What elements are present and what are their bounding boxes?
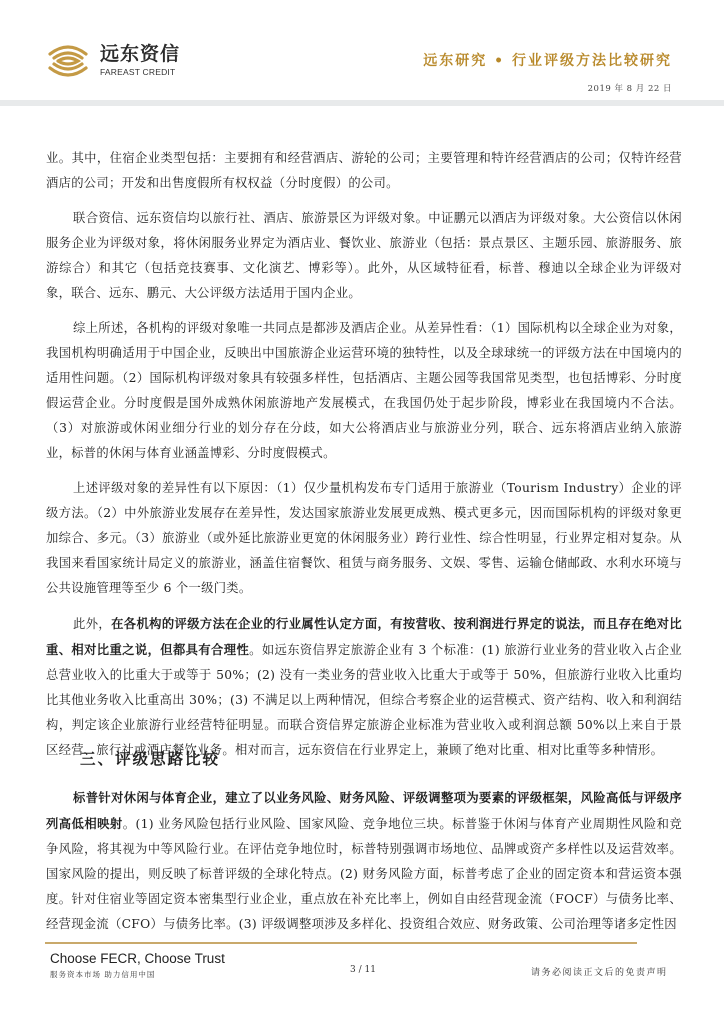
paragraph-4: 上述评级对象的差异性有以下原因：（1）仅少量机构发布专门适用于旅游业（Touri… <box>46 476 682 601</box>
report-date: 2019 年 8 月 22 日 <box>588 82 672 94</box>
paragraph-1: 业。其中，住宿企业类型包括：主要拥有和经营酒店、游轮的公司；主要管理和特许经营酒… <box>46 146 682 196</box>
paragraph-6-text: 。(1) 业务风险包括行业风险、国家风险、竞争地位三块。标普鉴于休闲与体育产业周… <box>46 817 682 931</box>
page-number: 3 / 11 <box>350 965 376 975</box>
document-body-section-3: 标普针对休闲与体育企业，建立了以业务风险、财务风险、评级调整项为要素的评级框架，… <box>46 785 682 937</box>
report-title: 远东研究 • 行业评级方法比较研究 <box>423 50 672 70</box>
paragraph-6: 标普针对休闲与体育企业，建立了以业务风险、财务风险、评级调整项为要素的评级框架，… <box>46 785 682 937</box>
footer-divider <box>45 942 637 944</box>
paragraph-5-lead: 此外， <box>73 617 111 631</box>
footer-tagline: 服务资本市场 助力信用中国 <box>50 969 155 980</box>
footer-slogan: Choose FECR, Choose Trust <box>50 951 225 966</box>
page-header: 远东资信 FAREAST CREDIT 远东研究 • 行业评级方法比较研究 20… <box>0 0 724 100</box>
footer-disclaimer: 请务必阅读正文后的免责声明 <box>531 965 668 978</box>
logo-english-name: FAREAST CREDIT <box>100 66 180 78</box>
paragraph-5: 此外，在各机构的评级方法在企业的行业属性认定方面，有按营收、按利润进行界定的说法… <box>46 611 682 763</box>
paragraph-3: 综上所述，各机构的评级对象唯一共同点是都涉及酒店企业。从差异性看：（1）国际机构… <box>46 316 682 466</box>
paragraph-2: 联合资信、远东资信均以旅行社、酒店、旅游景区为评级对象。中证鹏元以酒店为评级对象… <box>46 206 682 306</box>
header-divider <box>0 100 724 106</box>
paragraph-5-text: 。如远东资信界定旅游企业有 3 个标准：(1) 旅游行业业务的营业收入占企业总营… <box>46 643 682 757</box>
fareast-logo-icon <box>44 40 92 80</box>
section-heading: 三、评级思路比较 <box>80 747 220 769</box>
company-logo: 远东资信 FAREAST CREDIT <box>44 40 180 80</box>
document-body: 业。其中，住宿企业类型包括：主要拥有和经营酒店、游轮的公司；主要管理和特许经营酒… <box>46 146 682 763</box>
logo-chinese-name: 远东资信 <box>100 43 180 65</box>
